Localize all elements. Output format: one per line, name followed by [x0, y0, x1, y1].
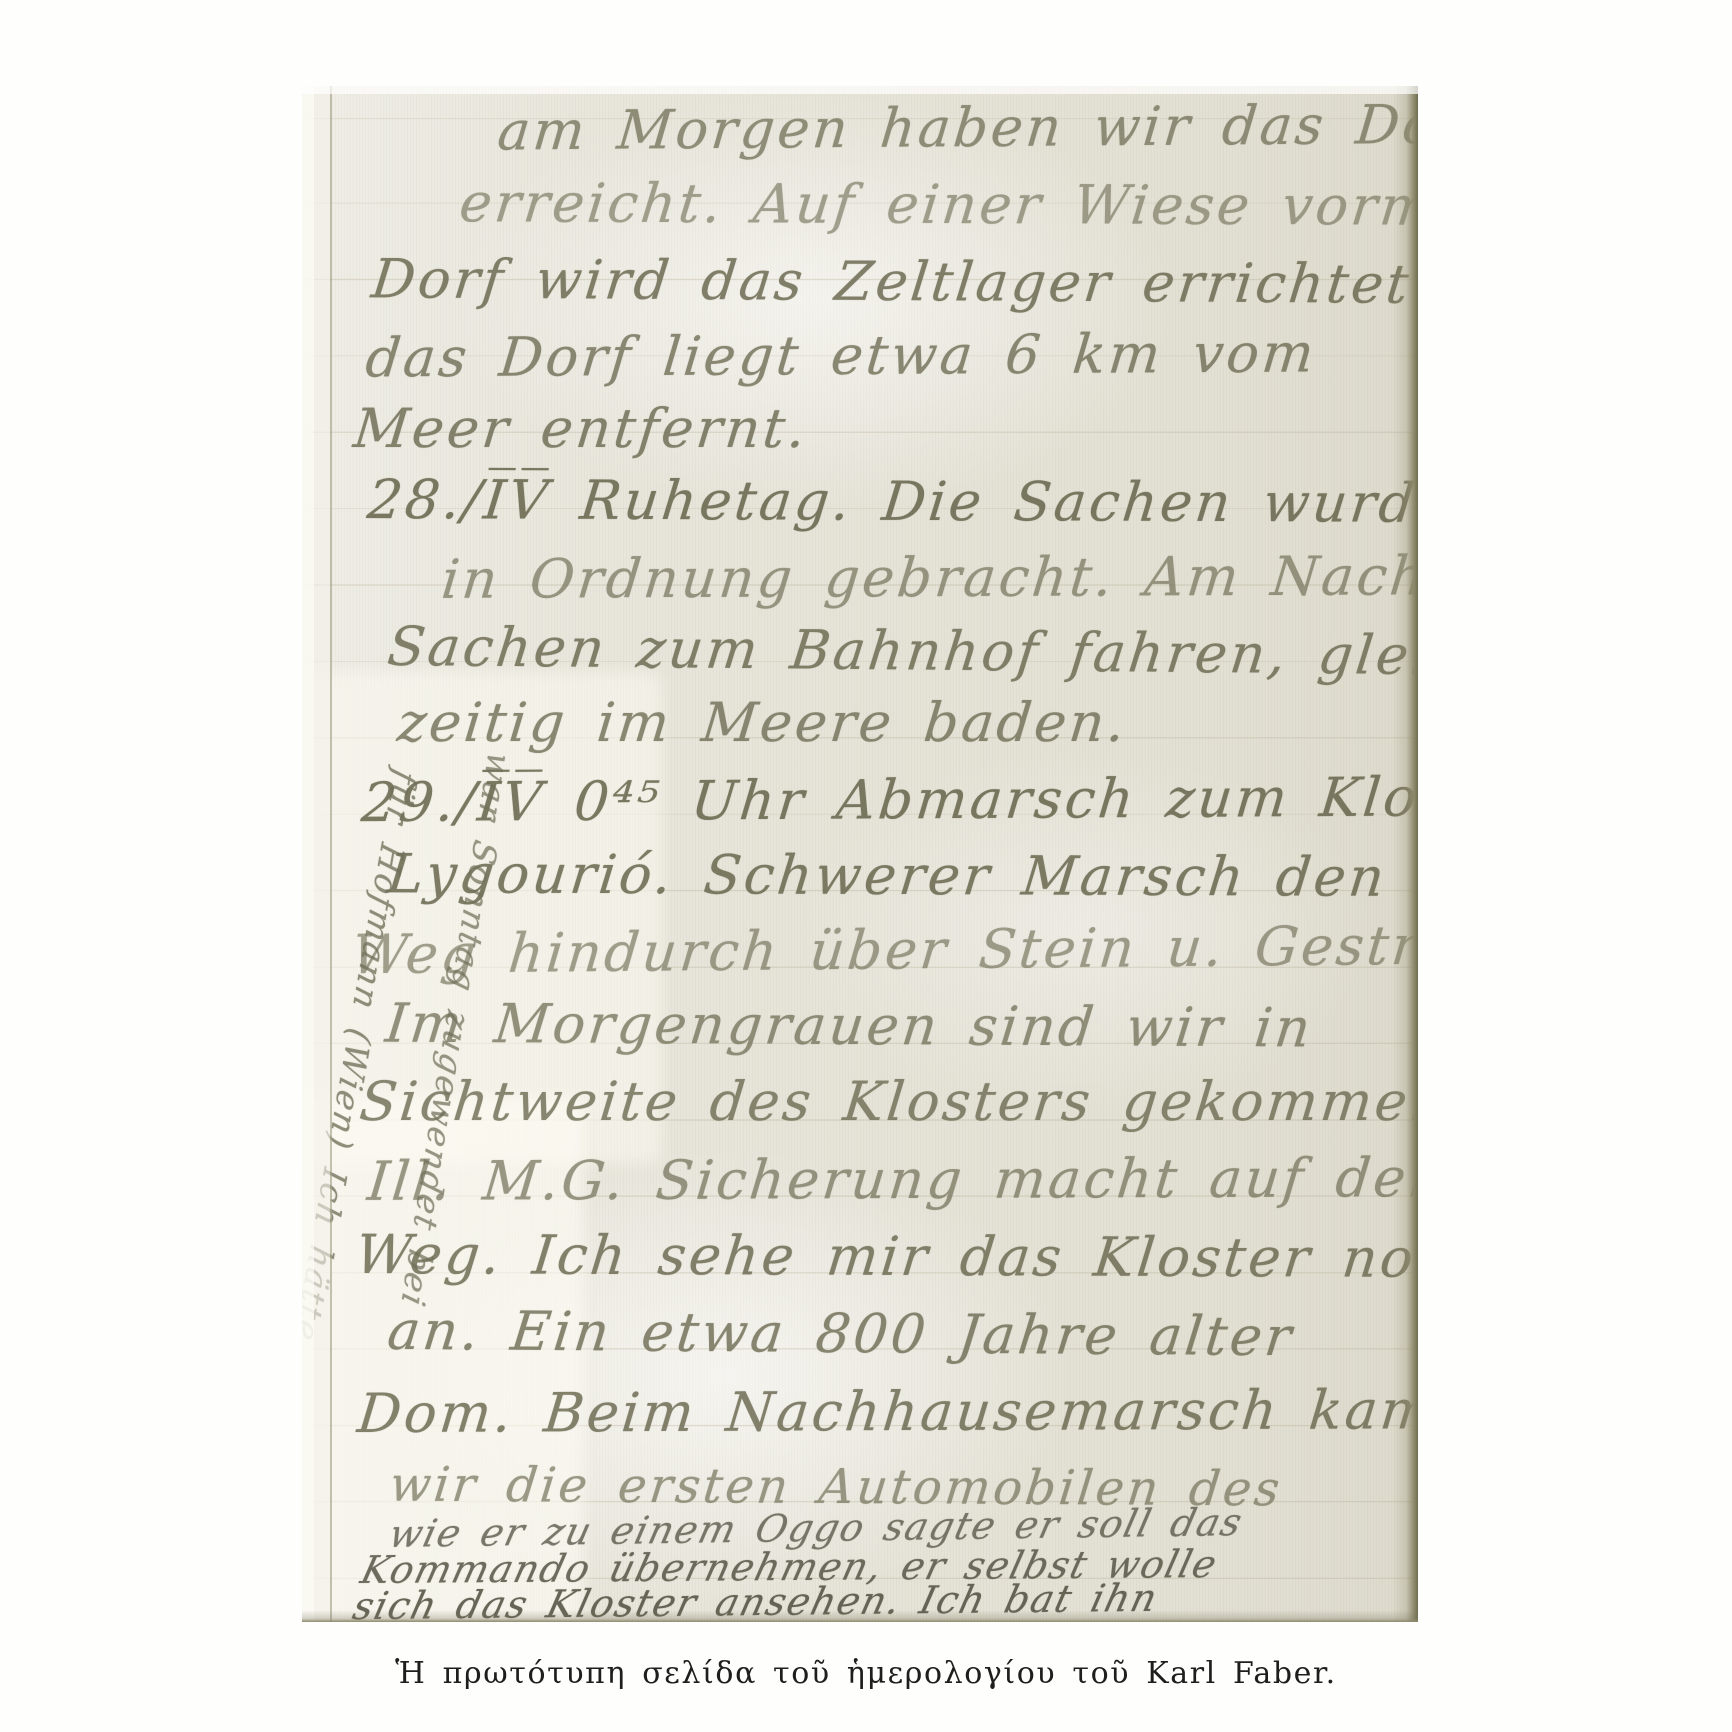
diary-line: 29./I̅V̅ 0⁴⁵ Uhr Abmarsch zum Kloster. — [359, 770, 1418, 830]
diary-line: Im Morgengrauen sind wir in — [383, 997, 1316, 1056]
diary-line: Sichtweite des Klosters gekommen. — [357, 1075, 1418, 1129]
diary-line: Dom. Beim Nachhausemarsch kamen — [355, 1383, 1418, 1441]
photo-caption: Ἡ πρωτότυπη σελίδα τοῦ ἡμερολογίου τοῦ K… — [0, 1656, 1732, 1691]
diary-page-photo: am Morgen haben wir das Dorferreicht. Au… — [302, 86, 1418, 1622]
page-left-edge — [302, 86, 314, 1622]
diary-line: an. Ein etwa 800 Jahre alter — [385, 1304, 1297, 1364]
diary-line: 28./I̅V̅ Ruhetag. Die Sachen wurden — [365, 473, 1418, 531]
page-bottom-edge — [302, 1610, 1418, 1622]
page-left-margin — [314, 86, 330, 1622]
diary-line: Lygourió. Schwerer Marsch den — [385, 847, 1390, 904]
diary-line: Meer entfernt. — [351, 402, 811, 456]
diary-line: Weg hindurch über Stein u. Gestrüpp. — [349, 918, 1418, 983]
diary-line: am Morgen haben wir das Dorf — [495, 98, 1418, 159]
diary-line: in Ordnung gebracht. Am Nachm. — [439, 549, 1418, 607]
scanned-document-page: am Morgen haben wir das Dorferreicht. Au… — [0, 0, 1732, 1732]
diary-line: erreicht. Auf einer Wiese vorm — [457, 176, 1418, 233]
handwriting-layer: am Morgen haben wir das Dorferreicht. Au… — [302, 86, 1418, 1622]
diary-line: zeitig im Meere baden. — [395, 696, 1130, 750]
diary-line: Weg. Ich sehe mir das Kloster noch — [353, 1228, 1418, 1286]
diary-line: Sachen zum Bahnhof fahren, gleich= — [385, 620, 1418, 684]
diary-line: Dorf wird das Zeltlager errichtet — [369, 252, 1414, 311]
diary-line: das Dorf liegt etwa 6 km vom — [363, 326, 1319, 385]
page-top-edge — [302, 86, 1418, 94]
diary-line: Ill. M.G. Sicherung macht auf den — [365, 1151, 1418, 1209]
page-left-edge-line — [330, 86, 332, 1622]
page-right-edge-shadow — [1392, 86, 1418, 1622]
